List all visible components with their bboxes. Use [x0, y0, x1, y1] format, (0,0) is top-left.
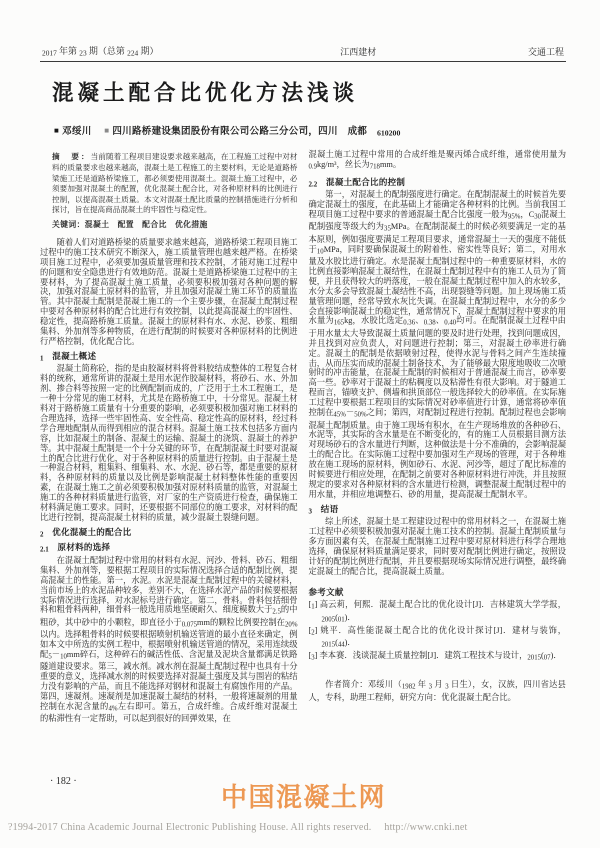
author-affiliation: 四川路桥建设集团股份有限公司公路三分公司，四川 成都 610200	[112, 127, 400, 137]
author-bullet-icon: ■	[54, 126, 59, 135]
watermark: 中国混凝土网	[221, 777, 386, 814]
affiliation-bullet-icon: ■	[104, 126, 109, 135]
heading-3: 3 结语	[309, 503, 567, 516]
references-heading: 参考文献	[309, 586, 567, 598]
abstract: 摘 要：当前随着工程项目建设要求越来越高，在工程施工过程中对材料的质量要求也越来…	[52, 152, 298, 216]
keywords-label: 关键词：	[52, 220, 85, 229]
paragraph-section2-1: 在混凝土配制过程中常用的材料有水泥、河沙、骨料、砂石、粗细集料、外加剂等，要根据…	[40, 556, 298, 724]
paragraph-intro: 随着人们对道路桥梁的质量要求越来越高，道路桥梁工程项目施工过程中的施工技术研究不…	[40, 238, 298, 347]
reference-item: [2] 姚平．高性能混凝土配合比的优化设计探讨[J]．建材与装饰，2015(44…	[309, 626, 567, 652]
reference-item: [3] 李本赛．浅谈混凝土质量控制[J]．建筑工程技术与设计，2015(07)．	[309, 651, 567, 664]
copyright-line: ?1994-2017 China Academic Journal Electr…	[8, 818, 468, 833]
author-name: 邓绥川	[62, 127, 91, 137]
page-number: · 182 ·	[50, 776, 77, 787]
journal-name: 江西建材	[340, 45, 376, 58]
header-divider	[40, 61, 566, 62]
paragraph-section2-1-continued: 混凝土施工过程中常用的合成纤维是聚丙烯合成纤维，通常使用量为0.9kg/m³，丝…	[309, 150, 567, 172]
heading-2: 2 优化混凝土的配合比	[40, 526, 298, 539]
author-bio: 作者简介：邓绥川（1982 年 3 月 3 日生），女，汉族，四川省达县人，专科…	[309, 680, 567, 704]
right-column: 混凝土施工过程中常用的合成纤维是聚丙烯合成纤维，通常使用量为0.9kg/m³，丝…	[309, 150, 567, 724]
left-column: 摘 要：当前随着工程项目建设要求越来越高，在工程施工过程中对材料的质量要求也越来…	[40, 150, 298, 724]
reference-item: [1] 高云莉，何熙．混凝土配合比的优化设计[J]．吉林建筑大学学报，2005(…	[309, 600, 567, 626]
heading-1: 1 混凝土概述	[40, 350, 298, 363]
paragraph-conclusion: 综上所述，混凝土是工程建设过程中的常用材料之一，在混凝土施工过程中必须要积极加强…	[309, 517, 567, 576]
journal-header: 2017 年第 23 期（总第 224 期） 江西建材 交通工程	[40, 44, 566, 61]
paragraph-section2-2: 第一，对混凝土的配制强度进行确定。在配制混凝土的时候首先要确定混凝土的强度，在此…	[309, 190, 567, 500]
heading-2-1: 2.1 原材料的选择	[40, 541, 298, 554]
journal-page: 2017 年第 23 期（总第 224 期） 江西建材 交通工程 混凝土配合比优…	[0, 0, 600, 848]
abstract-label: 摘 要：	[52, 152, 91, 161]
heading-2-2: 2.2 混凝土配合比的控制	[309, 176, 567, 189]
abstract-text: 当前随着工程项目建设要求越来越高，在工程施工过程中对材料的质量要求也越来越高，混…	[52, 152, 298, 214]
keywords-text: 混凝土 配置 配合比 优化措施	[85, 220, 208, 229]
column-name: 交通工程	[528, 45, 564, 58]
keywords: 关键词：混凝土 配置 配合比 优化措施	[52, 219, 298, 230]
page-title: 混凝土配合比优化方法浅谈	[52, 76, 566, 107]
paragraph-section1: 混凝土简称砼，指的是由胶凝材料将骨料胶结成整体的工程复合材料的统称，通常所讲的混…	[40, 364, 298, 523]
issue-info: 2017 年第 23 期（总第 224 期）	[42, 44, 158, 58]
author-line: ■邓绥川 ■四川路桥建设集团股份有限公司公路三分公司，四川 成都 610200	[54, 123, 566, 138]
